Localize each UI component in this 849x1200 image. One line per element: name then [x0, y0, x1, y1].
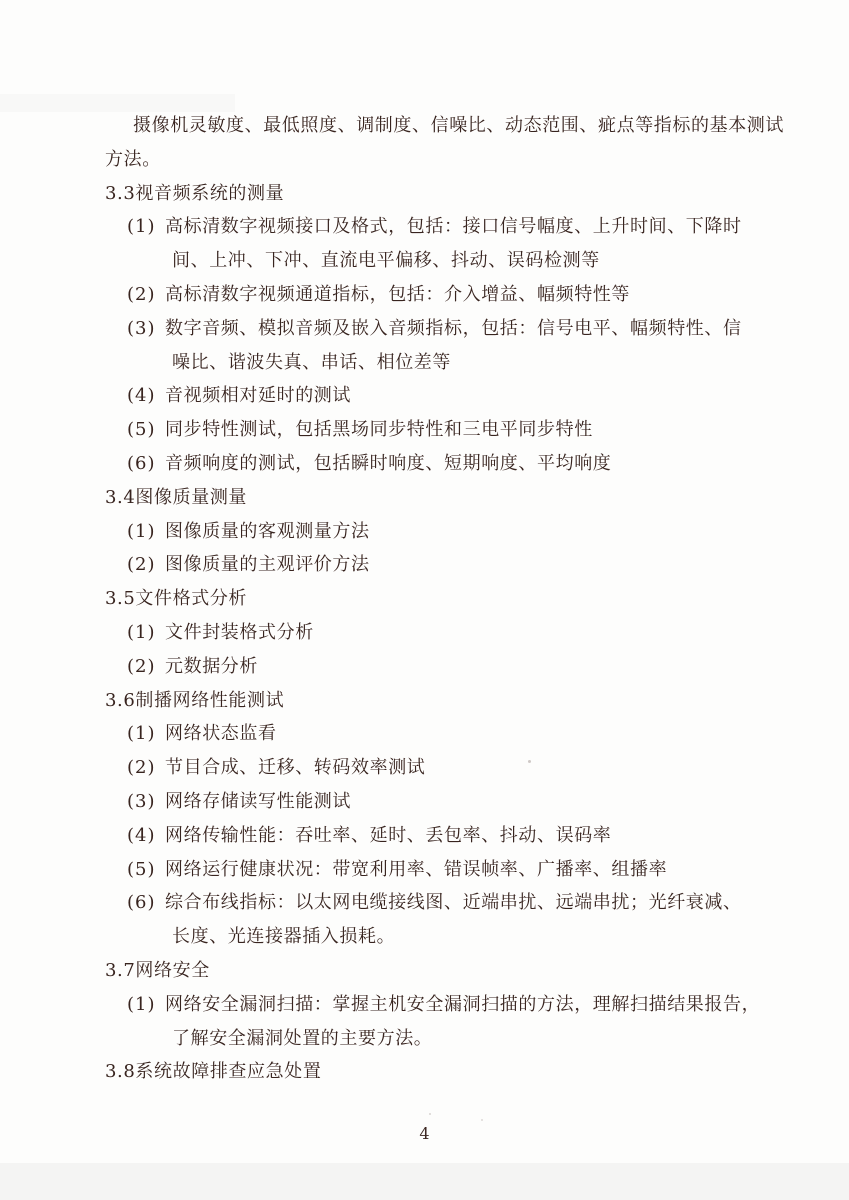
item-text: 数字音频、模拟音频及嵌入音频指标，包括：信号电平、幅频特性、信	[165, 318, 742, 339]
item-number: (5)	[127, 413, 165, 447]
item-text: 网络状态监看	[165, 723, 277, 744]
list-item: (6)音频响度的测试，包括瞬时响度、短期响度、平均响度	[105, 447, 785, 481]
document-body: 摄像机灵敏度、最低照度、调制度、信噪比、动态范围、疵点等指标的基本测试 方法。 …	[105, 109, 785, 1089]
item-text: 网络安全漏洞扫描：掌握主机安全漏洞扫描的方法，理解扫描结果报告，	[165, 994, 760, 1015]
list-item-continuation: 了解安全漏洞处置的主要方法。	[105, 1022, 785, 1056]
document-page: 摄像机灵敏度、最低照度、调制度、信噪比、动态范围、疵点等指标的基本测试 方法。 …	[0, 0, 849, 1200]
item-number: (6)	[127, 886, 165, 920]
section-heading-3-7: 3.7网络安全	[105, 954, 785, 988]
item-text: 高标清数字视频通道指标，包括：介入增益、幅频特性等	[165, 284, 630, 305]
item-number: (1)	[127, 210, 165, 244]
list-item: (6)综合布线指标：以太网电缆接线图、近端串扰、远端串扰；光纤衰减、	[105, 886, 785, 920]
list-item: (2)元数据分析	[105, 650, 785, 684]
list-item: (4)网络传输性能：吞吐率、延时、丢包率、抖动、误码率	[105, 819, 785, 853]
heading-text: 3.3视音频系统的测量	[105, 183, 284, 204]
list-item: (2)节目合成、迁移、转码效率测试	[105, 751, 785, 785]
list-item: (1)文件封装格式分析	[105, 616, 785, 650]
item-text: 同步特性测试，包括黑场同步特性和三电平同步特性	[165, 419, 593, 440]
list-item: (2)图像质量的主观评价方法	[105, 548, 785, 582]
section-heading-3-8: 3.8系统故障排查应急处置	[105, 1055, 785, 1089]
item-number: (2)	[127, 650, 165, 684]
heading-text: 3.6制播网络性能测试	[105, 690, 284, 711]
item-text: 图像质量的主观评价方法	[165, 554, 370, 575]
list-item: (1)网络安全漏洞扫描：掌握主机安全漏洞扫描的方法，理解扫描结果报告，	[105, 988, 785, 1022]
list-item-continuation: 长度、光连接器插入损耗。	[105, 920, 785, 954]
list-item: (4)音视频相对延时的测试	[105, 379, 785, 413]
heading-text: 3.4图像质量测量	[105, 487, 247, 508]
item-number: (4)	[127, 379, 165, 413]
item-number: (1)	[127, 988, 165, 1022]
paragraph-text: 摄像机灵敏度、最低照度、调制度、信噪比、动态范围、疵点等指标的基本测试	[133, 115, 784, 136]
item-number: (4)	[127, 819, 165, 853]
section-heading-3-6: 3.6制播网络性能测试	[105, 684, 785, 718]
item-text: 音频响度的测试，包括瞬时响度、短期响度、平均响度	[165, 453, 611, 474]
item-text: 高标清数字视频接口及格式，包括：接口信号幅度、上升时间、下降时	[165, 216, 742, 237]
item-number: (1)	[127, 616, 165, 650]
footer-page-number: 4	[0, 1124, 849, 1143]
item-text: 网络存储读写性能测试	[165, 791, 351, 812]
list-item-continuation: 间、上冲、下冲、直流电平偏移、抖动、误码检测等	[105, 244, 785, 278]
item-text: 网络运行健康状况：带宽利用率、错误帧率、广播率、组播率	[165, 859, 667, 880]
item-number: (1)	[127, 717, 165, 751]
item-text: 综合布线指标：以太网电缆接线图、近端串扰、远端串扰；光纤衰减、	[165, 892, 742, 913]
item-number: (3)	[127, 785, 165, 819]
heading-text: 3.8系统故障排查应急处置	[105, 1061, 321, 1082]
item-text: 长度、光连接器插入损耗。	[172, 926, 395, 947]
item-text: 元数据分析	[165, 656, 258, 677]
paragraph-text: 方法。	[105, 149, 161, 170]
list-item: (5)同步特性测试，包括黑场同步特性和三电平同步特性	[105, 413, 785, 447]
item-text: 噪比、谐波失真、串话、相位差等	[172, 352, 451, 373]
list-item: (5)网络运行健康状况：带宽利用率、错误帧率、广播率、组播率	[105, 853, 785, 887]
list-item: (3)网络存储读写性能测试	[105, 785, 785, 819]
list-item: (2)高标清数字视频通道指标，包括：介入增益、幅频特性等	[105, 278, 785, 312]
item-number: (5)	[127, 853, 165, 887]
heading-text: 3.7网络安全	[105, 960, 210, 981]
paragraph-line: 方法。	[105, 143, 785, 177]
scan-speck	[429, 1113, 431, 1115]
paragraph-line: 摄像机灵敏度、最低照度、调制度、信噪比、动态范围、疵点等指标的基本测试	[105, 109, 785, 143]
list-item: (1)网络状态监看	[105, 717, 785, 751]
item-number: (1)	[127, 515, 165, 549]
item-text: 了解安全漏洞处置的主要方法。	[172, 1028, 432, 1049]
item-number: (2)	[127, 278, 165, 312]
scan-shading-artifact	[0, 1163, 849, 1200]
item-number: (2)	[127, 751, 165, 785]
list-item: (3)数字音频、模拟音频及嵌入音频指标，包括：信号电平、幅频特性、信	[105, 312, 785, 346]
section-heading-3-3: 3.3视音频系统的测量	[105, 177, 785, 211]
scan-speck	[481, 1119, 483, 1121]
heading-text: 3.5文件格式分析	[105, 588, 247, 609]
list-item: (1)图像质量的客观测量方法	[105, 515, 785, 549]
list-item: (1)高标清数字视频接口及格式，包括：接口信号幅度、上升时间、下降时	[105, 210, 785, 244]
section-heading-3-5: 3.5文件格式分析	[105, 582, 785, 616]
item-text: 节目合成、迁移、转码效率测试	[165, 757, 425, 778]
list-item-continuation: 噪比、谐波失真、串话、相位差等	[105, 346, 785, 380]
item-number: (6)	[127, 447, 165, 481]
item-number: (2)	[127, 548, 165, 582]
item-text: 图像质量的客观测量方法	[165, 521, 370, 542]
item-text: 音视频相对延时的测试	[165, 385, 351, 406]
item-text: 文件封装格式分析	[165, 622, 314, 643]
section-heading-3-4: 3.4图像质量测量	[105, 481, 785, 515]
item-text: 间、上冲、下冲、直流电平偏移、抖动、误码检测等	[172, 250, 600, 271]
item-number: (3)	[127, 312, 165, 346]
item-text: 网络传输性能：吞吐率、延时、丢包率、抖动、误码率	[165, 825, 611, 846]
